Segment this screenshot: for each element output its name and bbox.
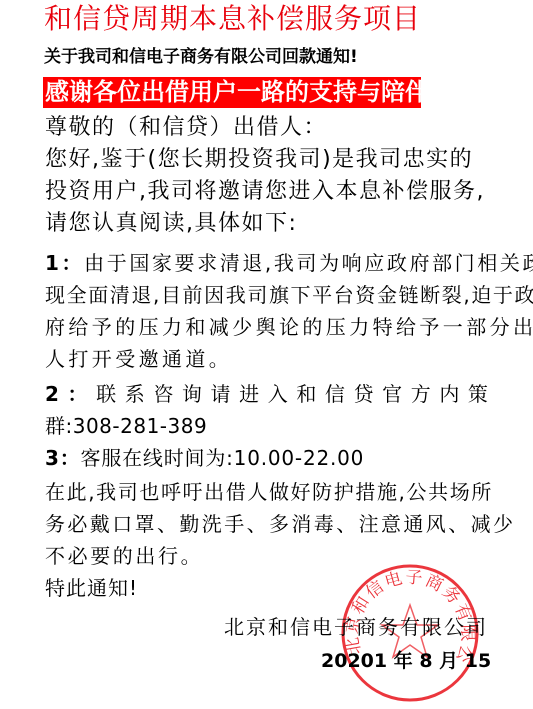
item-line: 联系咨询请进入和信贷官方内策 (96, 382, 496, 406)
item-number: 1： (45, 251, 84, 275)
greeting-line: 您好,鉴于(您长期投资我司)是我司忠实的 (45, 144, 473, 175)
item-number: 2： (45, 382, 96, 406)
item-line: 由于国家要求清退,我司为响应政府部门相关政策 (84, 251, 533, 275)
item-2: 2：联系咨询请进入和信贷官方内策 (45, 378, 497, 410)
greeting-line: 请您认真阅读,具体如下: (45, 208, 297, 239)
thanks-banner: 感谢各位出借用户一路的支持与陪伴! (43, 77, 421, 108)
closing-notice: 特此通知! (45, 572, 138, 604)
item-line: 客服在线时间为:10.00-22.00 (81, 446, 365, 470)
signature-company: 北京和信电子商务有限公司 (224, 614, 488, 640)
item-line: 府给予的压力和减少舆论的压力特给予一部分出借 (45, 311, 533, 343)
item-line: 现全面清退,目前因我司旗下平台资金链断裂,迫于政 (45, 279, 533, 311)
item-line: 群:308-281-389 (45, 410, 207, 442)
item-1: 1：由于国家要求清退,我司为响应政府部门相关政策 (45, 247, 533, 279)
greeting-line: 投资用户,我司将邀请您进入本息补偿服务, (45, 176, 485, 207)
item-3: 3：客服在线时间为:10.00-22.00 (45, 442, 364, 474)
item-line: 人打开受邀通道。 (45, 343, 232, 375)
item-number: 3： (45, 446, 81, 470)
document-title: 和信贷周期本息补偿服务项目 (44, 2, 421, 36)
closing-line: 不必要的出行。 (45, 540, 203, 572)
signature-date: 20201 年 8 月 15 (321, 649, 491, 673)
salutation: 尊敬的（和信贷）出借人： (45, 112, 327, 143)
closing-line: 务必戴口罩、勤洗手、多消毒、注意通风、减少 (45, 508, 515, 540)
closing-line: 在此,我司也呼吁出借人做好防护措施,公共场所 (45, 476, 493, 508)
notice-subtitle: 关于我司和信电子商务有限公司回款通知! (44, 46, 358, 68)
